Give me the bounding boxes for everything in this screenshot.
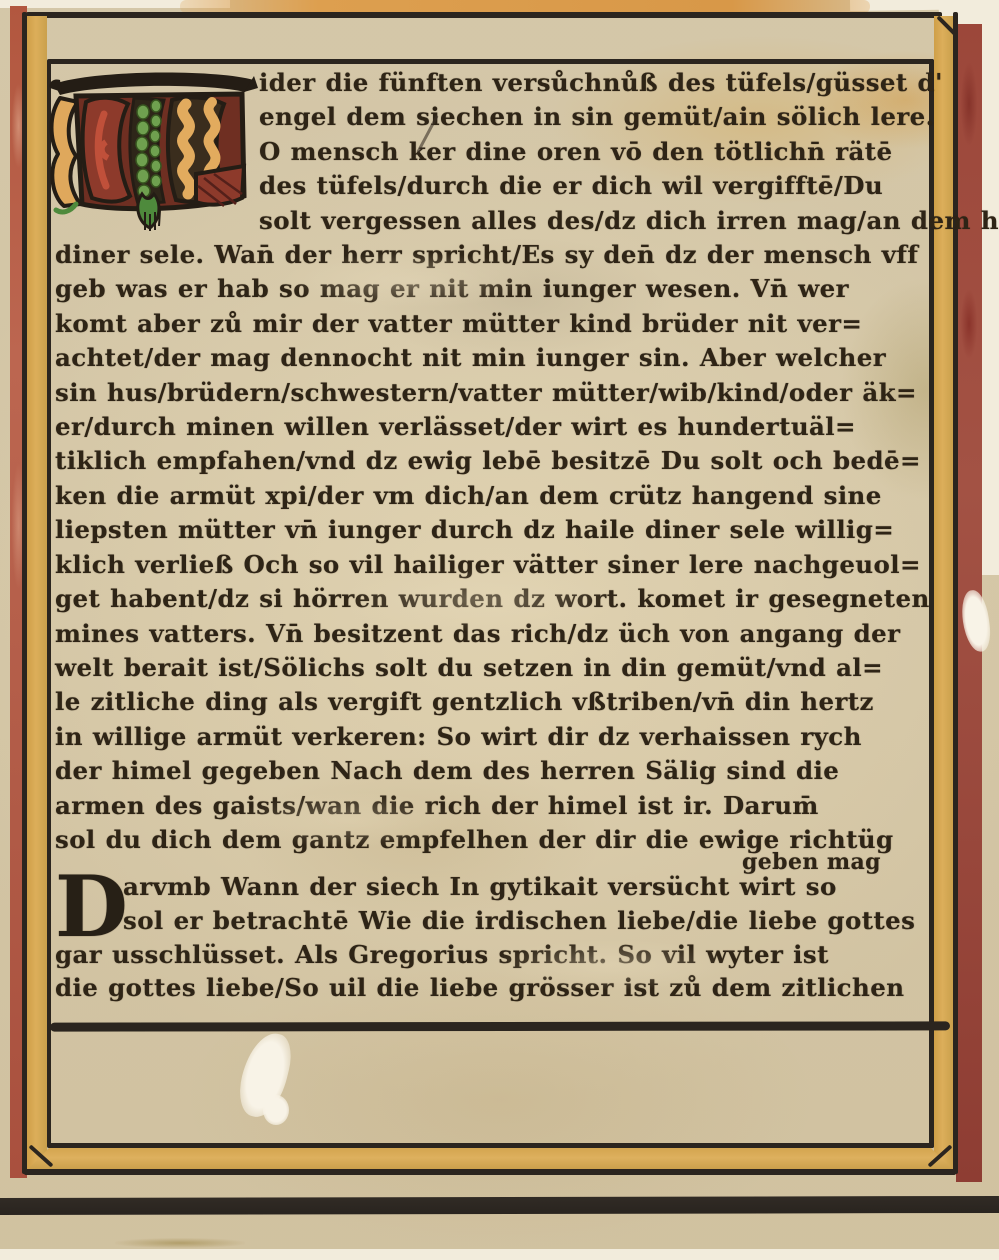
page-right-edge xyxy=(981,0,999,575)
frame-bottom-outer-rule xyxy=(24,1169,956,1175)
frame-left-yellow-band xyxy=(27,16,47,1170)
initial-letter-d: D xyxy=(55,872,119,936)
text-line: tiklich empfahen/vnd dz ewig lebē besitz… xyxy=(55,444,937,478)
text-line: in willige armüt verkeren: So wirt dir d… xyxy=(55,720,937,754)
paragraph-2: D arvmb Wann der siech In gytikait versü… xyxy=(55,870,937,1004)
text-line: klich verließ Och so vil hailiger vätter… xyxy=(55,548,937,582)
text-line: sin hus/brüdern/schwestern/vatter mütter… xyxy=(55,376,937,410)
text-line: mines vatters. Vn̄ besitzent das rich/dz… xyxy=(55,617,937,651)
text-line: diner sele. Wan̄ der herr spricht/Es sy … xyxy=(55,238,937,272)
text-line: er/durch minen willen verlässet/der wirt… xyxy=(55,410,937,444)
text-line: die gottes liebe/So uil die liebe grösse… xyxy=(55,971,937,1005)
text-line: geb was er hab so mag er nit min iunger … xyxy=(55,272,937,306)
text-line: gar usschlüsset. Als Gregorius spricht. … xyxy=(55,938,937,972)
frame-bottom-inner-rule xyxy=(48,1143,934,1148)
inset-catchword: geben mag xyxy=(742,849,881,875)
margin-smear xyxy=(115,1238,245,1248)
paragraph-1: ider die fünften versůchnůß des tüfels/g… xyxy=(55,66,937,857)
text-line: solt vergessen alles des/dz dich irren m… xyxy=(55,204,937,238)
text-line: der himel gegeben Nach dem des herren Sä… xyxy=(55,754,937,788)
text-line: armen des gaists/wan die rich der himel … xyxy=(55,789,937,823)
text-end-rule xyxy=(50,1021,950,1031)
bottom-pink-border xyxy=(8,1176,986,1197)
frame-bottom-yellow-band xyxy=(27,1148,953,1170)
page-bottom-edge xyxy=(0,1249,999,1260)
text-line: liepsten mütter vn̄ iunger durch dz hail… xyxy=(55,513,937,547)
initial-w-spacer xyxy=(55,66,259,204)
text-line: komt aber zů mir der vatter mütter kind … xyxy=(55,307,937,341)
text-line: achtet/der mag dennocht nit min iunger s… xyxy=(55,341,937,375)
paper-damage-spot xyxy=(263,1095,289,1125)
frame-right-outer-rule xyxy=(953,12,958,1174)
text-line: le zitliche ding als vergift gentzlich v… xyxy=(55,685,937,719)
text-line: arvmb Wann der siech In gytikait versüch… xyxy=(55,870,937,904)
text-line: ken die armüt xpi/der vm dich/an dem crü… xyxy=(55,479,937,513)
scanned-page: ider die fünften versůchnůß des tüfels/g… xyxy=(0,0,999,1260)
frame-top-outer-rule xyxy=(26,12,942,18)
text-line: welt berait ist/Sölichs solt du setzen i… xyxy=(55,651,937,685)
text-line: sol er betrachtē Wie die irdischen liebe… xyxy=(55,904,937,938)
text-line: get habent/dz si hörren wurden dz wort. … xyxy=(55,582,937,616)
bottom-black-border xyxy=(0,1196,999,1215)
